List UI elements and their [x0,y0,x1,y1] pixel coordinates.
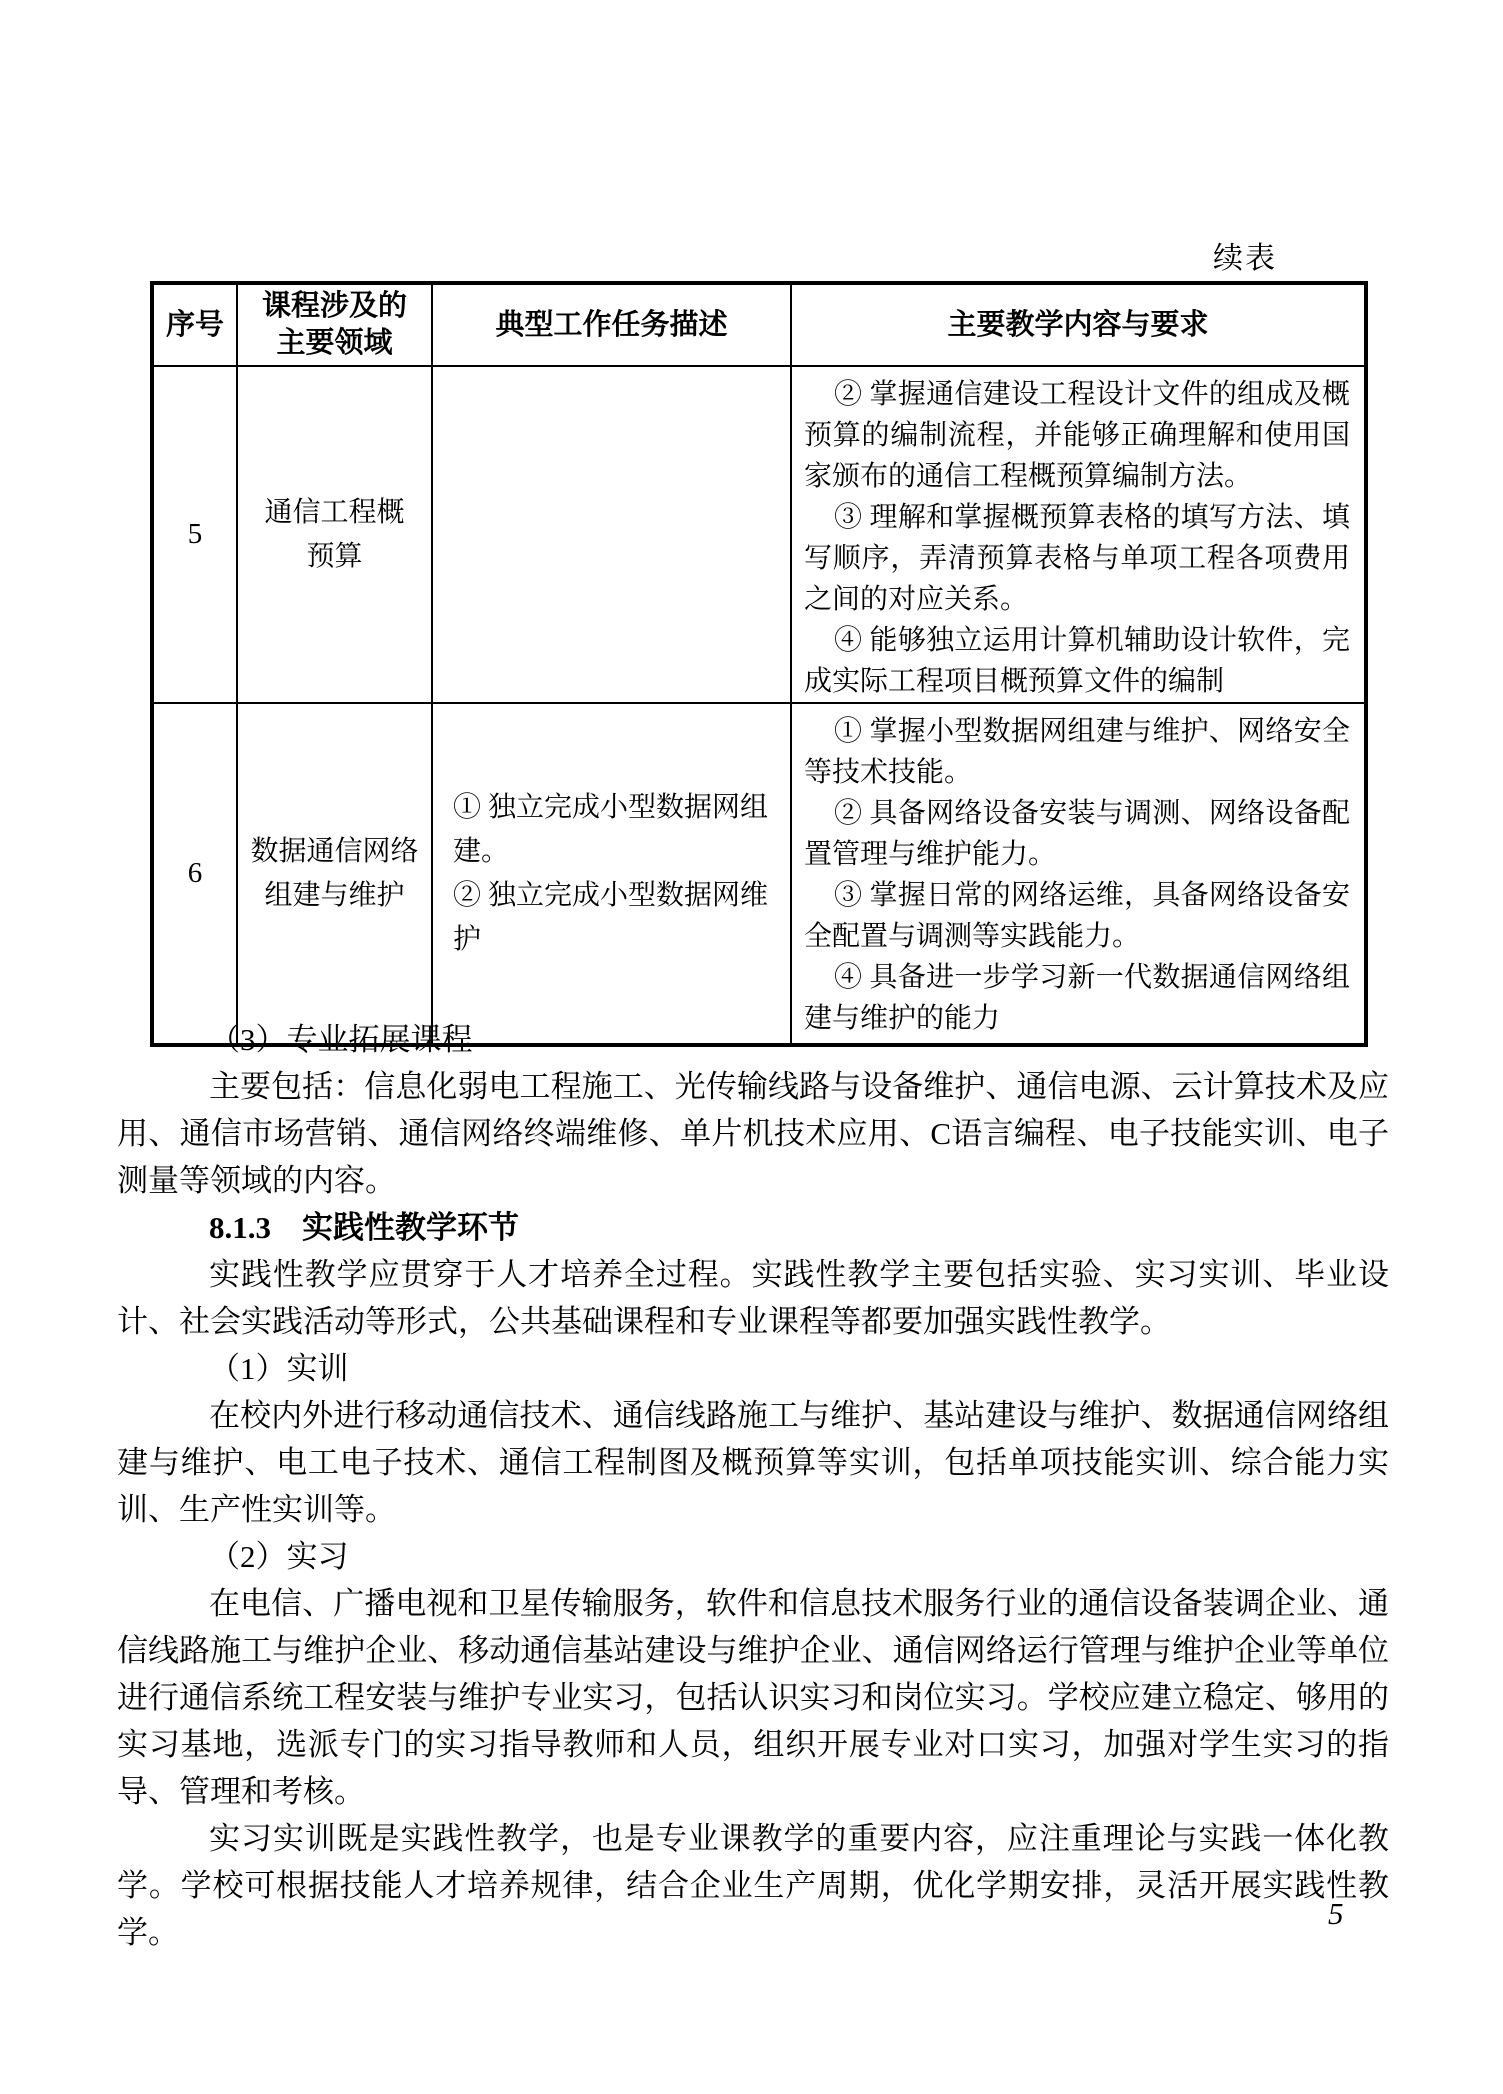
task-item: ② 独立完成小型数据网维护 [453,874,790,962]
course-area-line: 组建与维护 [238,874,431,918]
course-area-line: 数据通信网络 [238,830,431,874]
course-area-cell: 数据通信网络 组建与维护 [237,703,432,1045]
header-label: 课程涉及的 [238,288,431,325]
paragraph-expansion-courses-body: 主要包括：信息化弱电工程施工、光传输线路与设备维护、通信电源、云计算技术及应用、… [117,1063,1389,1204]
teaching-content-cell: ② 掌握通信建设工程设计文件的组成及概预算的编制流程，并能够正确理解和使用国家颁… [791,366,1366,703]
header-label: 主要领域 [238,325,431,362]
page-number: 5 [1328,1896,1344,1932]
paragraph-internship-title: （2）实习 [117,1533,1389,1580]
table-row-5: 5 通信工程概 预算 ② 掌握通信建设工程设计文件的组成及概预算的编制流程，并能… [152,366,1366,703]
content-item: ② 具备网络设备安装与调测、网络设备配置管理与维护能力。 [804,793,1350,875]
table-row-6: 6 数据通信网络 组建与维护 ① 独立完成小型数据网组建。 ② 独立完成小型数据… [152,703,1366,1045]
body-text: （3）专业拓展课程 主要包括：信息化弱电工程施工、光传输线路与设备维护、通信电源… [117,1016,1389,1956]
row-number-cell: 6 [152,703,237,1045]
paragraph-expansion-courses-title: （3）专业拓展课程 [117,1016,1389,1063]
document-page: 续表 序号 课程涉及的 主要领域 典型工作任务描述 主要教学内容与 [0,0,1503,2094]
task-cell-empty [432,366,791,703]
continued-table-label: 续表 [1213,233,1277,277]
task-cell: ① 独立完成小型数据网组建。 ② 独立完成小型数据网维护 [432,703,791,1045]
header-seq-number: 序号 [152,283,237,366]
paragraph-training-body: 在校内外进行移动通信技术、通信线路施工与维护、基站建设与维护、数据通信网络组建与… [117,1392,1389,1533]
content-item: ④ 能够独立运用计算机辅助设计软件，完成实际工程项目概预算文件的编制 [804,620,1350,702]
content-item: ③ 掌握日常的网络运维，具备网络设备安全配置与调测等实践能力。 [804,875,1350,957]
content-item: ① 掌握小型数据网组建与维护、网络安全等技术技能。 [804,711,1350,793]
paragraph-practical-teaching: 实践性教学应贯穿于人才培养全过程。实践性教学主要包括实验、实习实训、毕业设计、社… [117,1251,1389,1345]
header-typical-task: 典型工作任务描述 [432,283,791,366]
paragraph-internship-body: 在电信、广播电视和卫星传输服务，软件和信息技术服务行业的通信设备装调企业、通信线… [117,1580,1389,1815]
teaching-content-cell: ① 掌握小型数据网组建与维护、网络安全等技术技能。 ② 具备网络设备安装与调测、… [791,703,1366,1045]
header-label: 典型工作任务描述 [433,307,790,344]
header-label: 序号 [154,307,236,344]
paragraph-integrated-teaching: 实习实训既是实践性教学，也是专业课教学的重要内容，应注重理论与实践一体化教学。学… [117,1815,1389,1956]
course-area-line: 通信工程概 [238,491,431,535]
task-item: ① 独立完成小型数据网组建。 [453,786,790,874]
course-table: 序号 课程涉及的 主要领域 典型工作任务描述 主要教学内容与要求 5 通信工程概 [150,281,1368,1047]
table-header-row: 序号 课程涉及的 主要领域 典型工作任务描述 主要教学内容与要求 [152,283,1366,366]
header-teaching-content: 主要教学内容与要求 [791,283,1366,366]
row-number-cell: 5 [152,366,237,703]
course-area-line: 预算 [238,535,431,579]
section-heading-8-1-3: 8.1.3 实践性教学环节 [117,1204,1389,1251]
header-label: 主要教学内容与要求 [792,307,1364,344]
content-item: ② 掌握通信建设工程设计文件的组成及概预算的编制流程，并能够正确理解和使用国家颁… [804,374,1350,497]
content-item: ③ 理解和掌握概预算表格的填写方法、填写顺序，弄清预算表格与单项工程各项费用之间… [804,497,1350,620]
paragraph-training-title: （1）实训 [117,1345,1389,1392]
course-area-cell: 通信工程概 预算 [237,366,432,703]
header-course-area: 课程涉及的 主要领域 [237,283,432,366]
